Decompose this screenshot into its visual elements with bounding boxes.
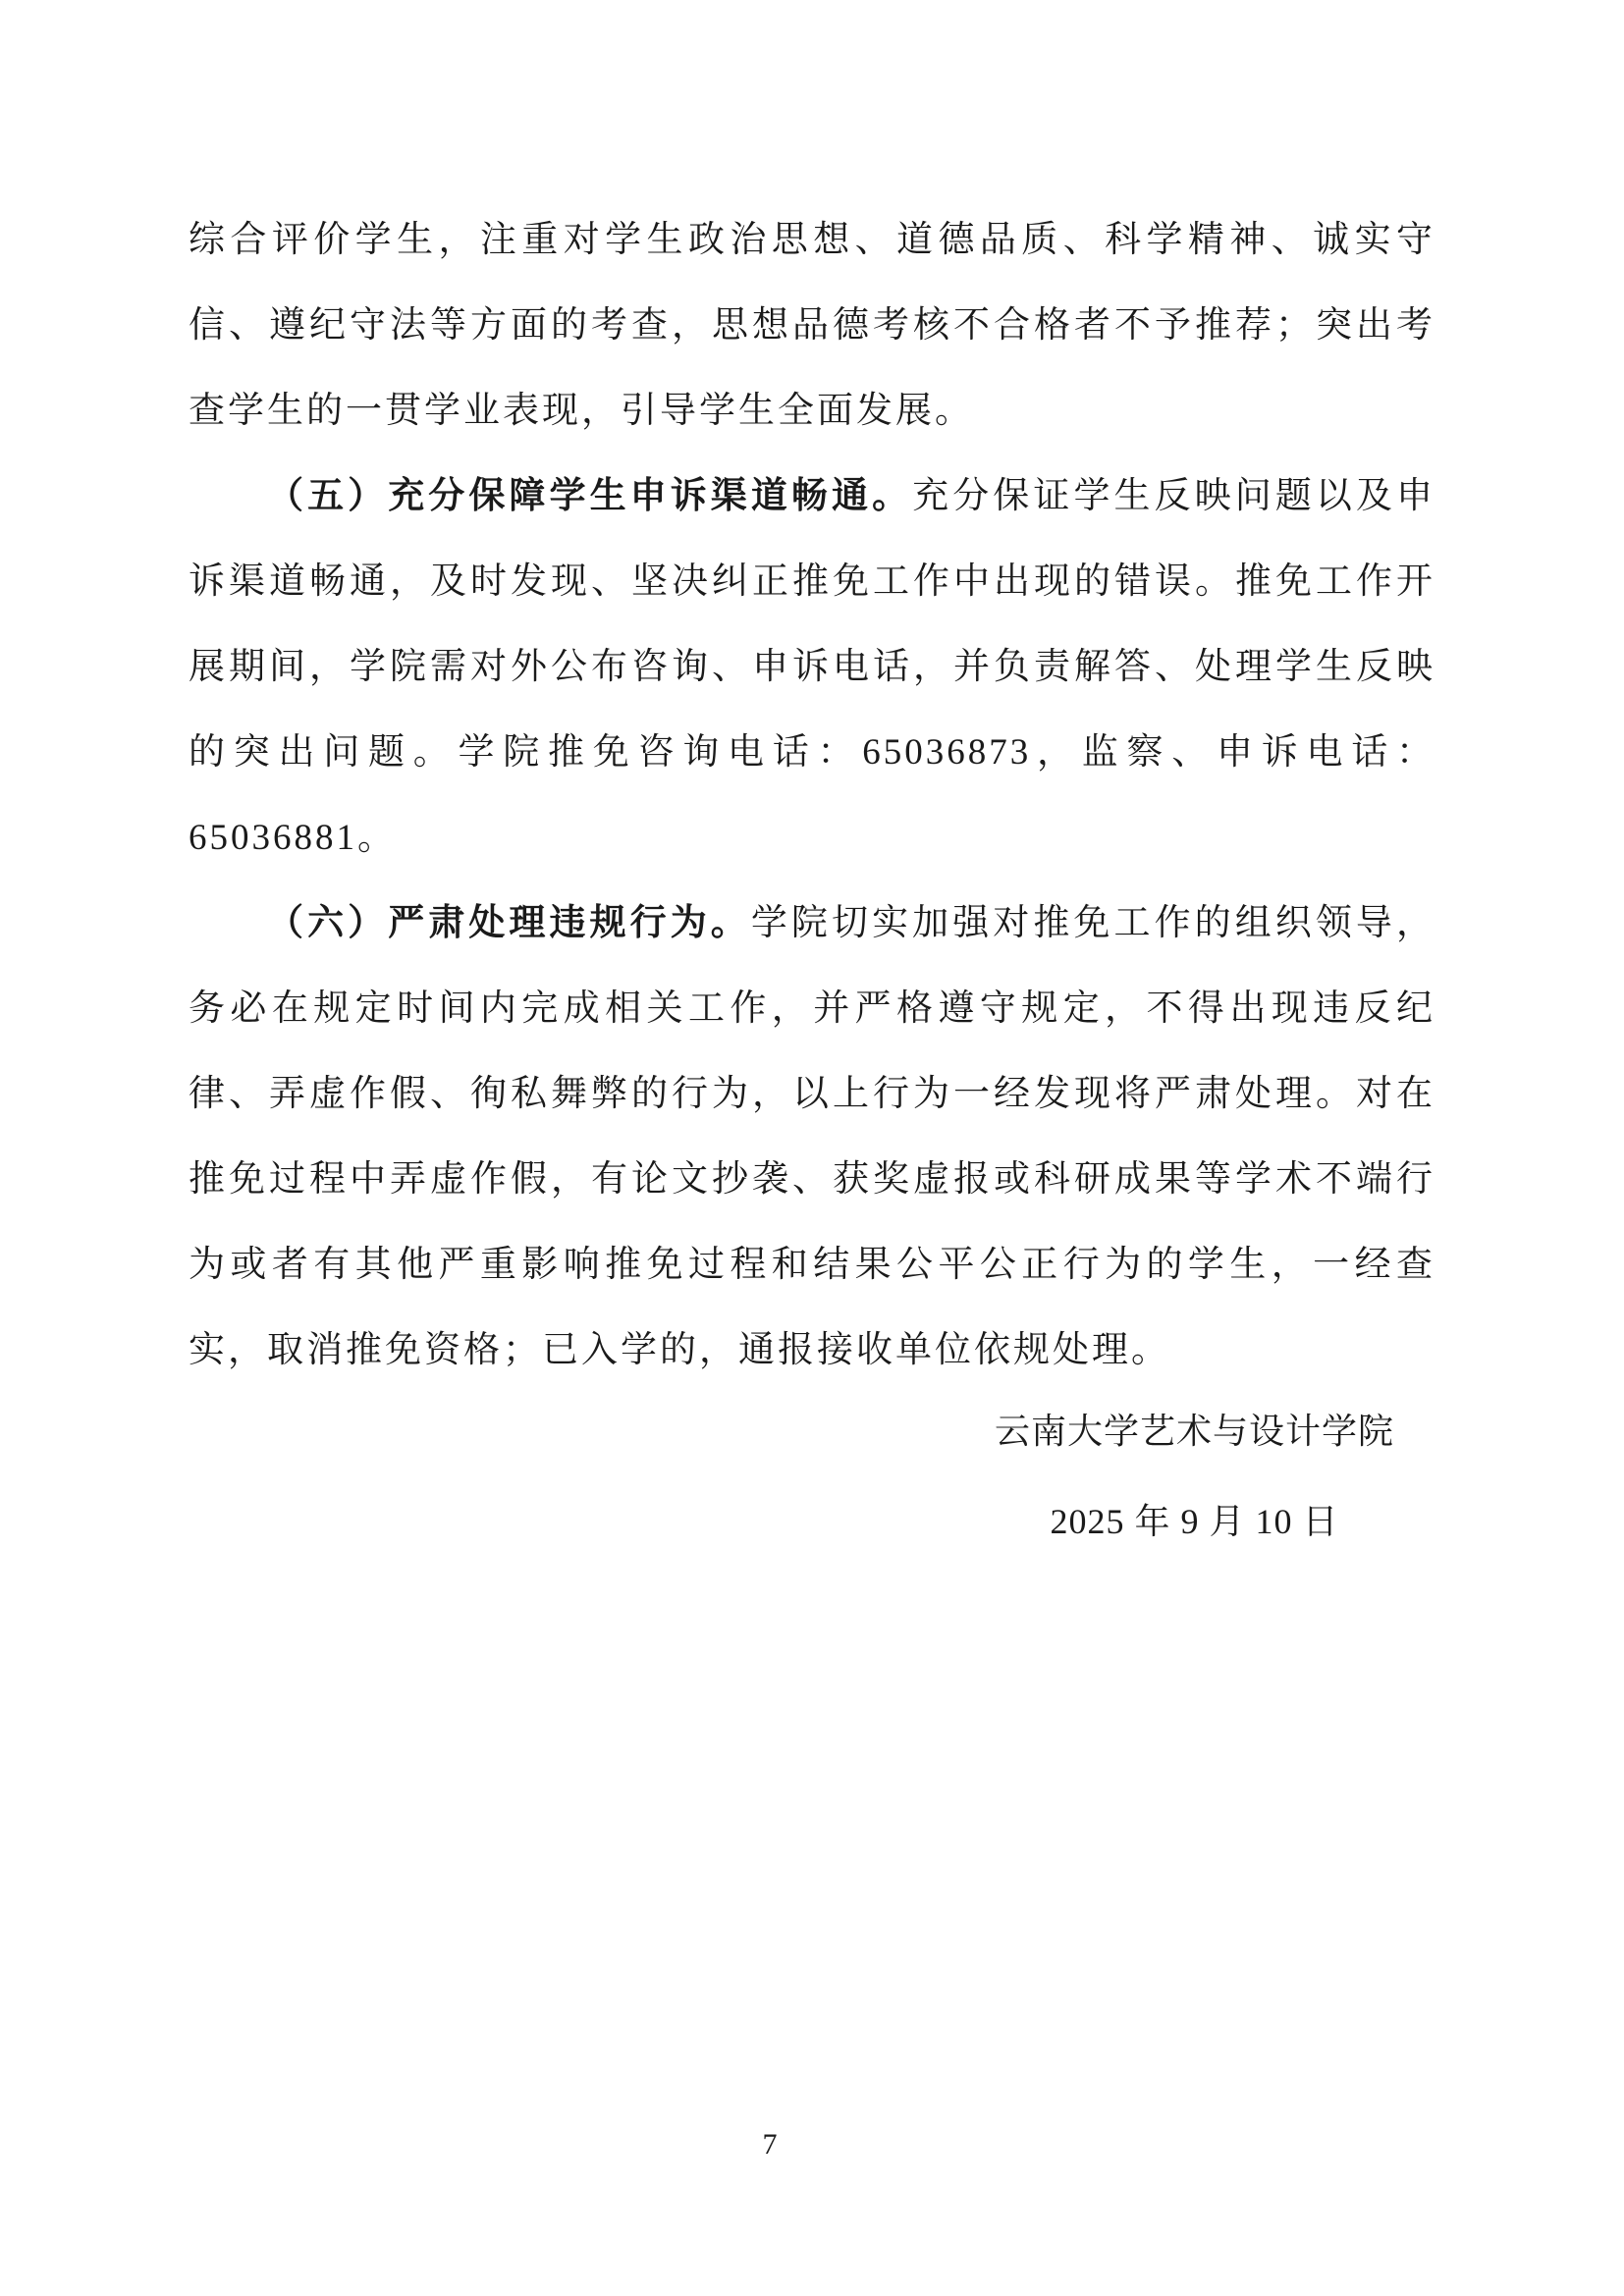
- paragraph-section-five: （五）充分保障学生申诉渠道畅通。充分保证学生反映问题以及申诉渠道畅通，及时发现、…: [189, 454, 1435, 881]
- section-five-heading: （五）充分保障学生申诉渠道畅通。: [267, 476, 912, 516]
- signature-block: 云南大学艺术与设计学院 2025 年 9 月 10 日: [995, 1386, 1394, 1567]
- paragraph-continued: 综合评价学生，注重对学生政治思想、道德品质、科学精神、诚实守信、遵纪守法等方面的…: [189, 197, 1435, 454]
- document-body: 综合评价学生，注重对学生政治思想、道德品质、科学精神、诚实守信、遵纪守法等方面的…: [189, 197, 1435, 1393]
- section-five-text: 充分保证学生反映问题以及申诉渠道畅通，及时发现、坚决纠正推免工作中出现的错误。推…: [189, 476, 1435, 858]
- page-number: 7: [755, 2130, 785, 2160]
- section-six-heading: （六）严肃处理违规行为。: [267, 903, 751, 943]
- section-six-text: 学院切实加强对推免工作的组织领导，务必在规定时间内完成相关工作，并严格遵守规定，…: [189, 903, 1435, 1370]
- signature-organization: 云南大学艺术与设计学院: [995, 1386, 1394, 1476]
- signature-date: 2025 年 9 月 10 日: [995, 1476, 1394, 1567]
- document-page: 综合评价学生，注重对学生政治思想、道德品质、科学精神、诚实守信、遵纪守法等方面的…: [0, 0, 1624, 2296]
- paragraph-continued-text: 综合评价学生，注重对学生政治思想、道德品质、科学精神、诚实守信、遵纪守法等方面的…: [189, 220, 1435, 431]
- paragraph-section-six: （六）严肃处理违规行为。学院切实加强对推免工作的组织领导，务必在规定时间内完成相…: [189, 881, 1435, 1393]
